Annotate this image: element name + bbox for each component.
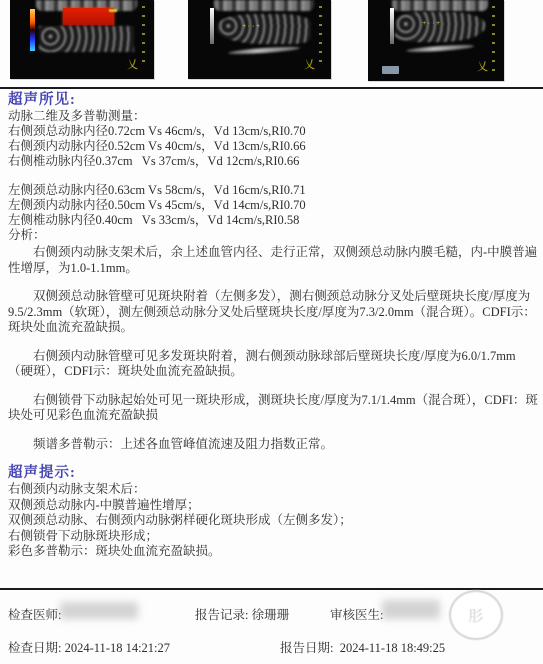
grayscale-bar: [210, 8, 214, 44]
report-footer: 检查医师: 报告记录: 徐珊珊 审核医生: 肜 检查日期: 2024-11-18…: [0, 588, 543, 664]
reviewer-label: 审核医生:: [330, 605, 383, 623]
depth-scale-ticks: [319, 6, 322, 69]
grayscale-bar: [390, 8, 394, 44]
doppler-color-scale-bar: [30, 9, 35, 51]
measurement-header: 动脉二维及多普勒测量：: [8, 109, 539, 124]
tissue-band: [395, 12, 485, 42]
exam-date: 检查日期: 2024-11-18 14:21:27: [8, 638, 170, 656]
examiner-name-redacted: [60, 602, 138, 619]
frequency-badge: [382, 66, 399, 74]
reviewer-name-redacted: [382, 600, 440, 619]
tissue-band: [214, 0, 314, 11]
vessel-wall-streak: [406, 44, 474, 54]
examiner-label: 检查医师:: [8, 605, 61, 623]
ultrasound-report-page: 乂 +··+ 乂 +··+ 乂 超声所见: 动脉二维及多普勒测量： 右侧颈总动脉…: [0, 0, 543, 664]
analysis-paragraph: 频谱多普勒示：上述各血管峰值流速及阻力指数正常。: [8, 437, 539, 453]
measurement-line-left-ica: 左侧颈内动脉内径0.50cm Vs 45cm/s，Vd 14cm/s,RI0.7…: [8, 198, 539, 213]
probe-marker-icon: 乂: [477, 62, 488, 73]
physician-seal-stamp: 肜: [449, 590, 503, 640]
impression-line: 双侧颈总动脉、右侧颈内动脉粥样硬化斑块形成（左侧多发）；: [8, 513, 539, 529]
report-body: 超声所见: 动脉二维及多普勒测量： 右侧颈总动脉内径0.72cm Vs 46cm…: [8, 91, 539, 560]
analysis-paragraph: 右侧颈内动脉管壁可见多发斑块附着，测右侧颈动脉球部后壁斑块长度/厚度为6.0/1…: [8, 349, 539, 380]
spacer: [8, 169, 539, 183]
findings-title: 超声所见:: [8, 91, 539, 109]
section-divider-top: [0, 87, 543, 89]
doppler-annotation-mark: [109, 9, 117, 12]
analysis-paragraph: 右侧锁骨下动脉起始处可见一斑块形成，测斑块长度/厚度为7.1/1.4mm（混合斑…: [8, 393, 539, 424]
doppler-flow-box: [63, 8, 113, 25]
ultrasound-image-grayscale-1: +··+ 乂: [188, 0, 331, 79]
tissue-band: [392, 0, 487, 11]
measurement-line-left-va: 左侧椎动脉内径0.40cm Vs 33cm/s，Vd 14cm/s,RI0.58: [8, 213, 539, 228]
caliper-marks: +··+: [422, 20, 440, 27]
impression-line: 双侧颈总动脉内-中膜普遍性增厚；: [8, 498, 539, 514]
impression-line: 右侧颈内动脉支架术后：: [8, 482, 539, 498]
vessel-wall-streak: [228, 46, 300, 56]
impression-line: 彩色多普勒示：斑块处血流充盈缺损。: [8, 544, 539, 560]
impression-title: 超声提示:: [8, 464, 539, 482]
impression-line: 右侧锁骨下动脉斑块形成；: [8, 529, 539, 545]
probe-marker-icon: 乂: [127, 60, 138, 71]
measurement-line-right-cca: 右侧颈总动脉内径0.72cm Vs 46cm/s，Vd 13cm/s,RI0.7…: [8, 124, 539, 139]
depth-scale-ticks: [142, 6, 145, 69]
ultrasound-image-doppler: 乂: [10, 0, 154, 79]
analysis-label: 分析：: [8, 228, 539, 243]
probe-marker-icon: 乂: [304, 60, 315, 71]
analysis-paragraph: 双侧颈总动脉管壁可见斑块附着（左侧多发），测右侧颈总动脉分叉处后壁斑块长度/厚度…: [8, 289, 539, 336]
measurement-line-left-cca: 左侧颈总动脉内径0.63cm Vs 58cm/s，Vd 16cm/s,RI0.7…: [8, 183, 539, 198]
report-date: 报告日期: 2024-11-18 18:49:25: [280, 638, 445, 656]
tissue-band: [217, 14, 311, 44]
ultrasound-image-grayscale-2: +··+ 乂: [368, 0, 504, 81]
caliper-marks: +··+: [242, 23, 260, 30]
recorder-label: 报告记录: 徐珊珊: [195, 605, 289, 623]
analysis-paragraph: 右侧颈内动脉支架术后，余上述血管内径、走行正常，双侧颈总动脉内膜毛糙，内-中膜普…: [8, 245, 539, 276]
depth-scale-ticks: [492, 6, 495, 71]
measurement-line-right-ica: 右侧颈内动脉内径0.52cm Vs 40cm/s，Vd 13cm/s,RI0.6…: [8, 139, 539, 154]
tissue-band: [39, 26, 134, 52]
impression-section: 超声提示: 右侧颈内动脉支架术后： 双侧颈总动脉内-中膜普遍性增厚； 双侧颈总动…: [8, 464, 539, 560]
measurement-line-right-va: 右侧椎动脉内径0.37cm Vs 37cm/s，Vd 12cm/s,RI0.66: [8, 154, 539, 169]
